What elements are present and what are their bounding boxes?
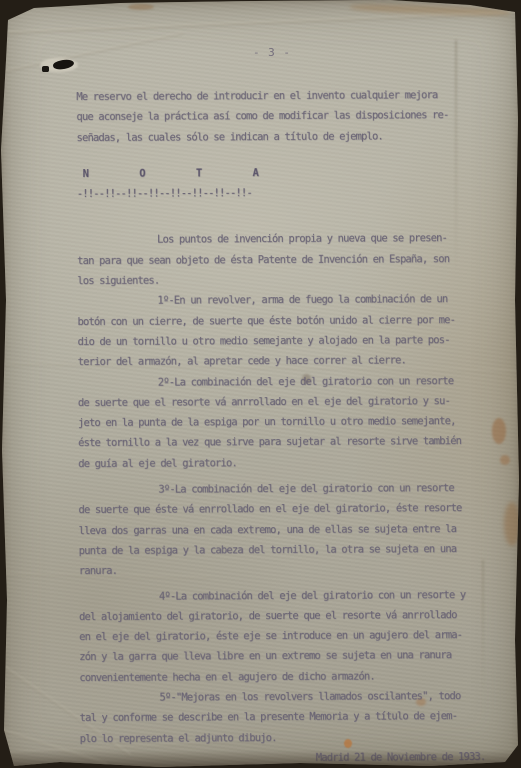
body-line: convenientemente hecha en el agujero de … [79,666,481,688]
body-line: ranura. [79,559,481,581]
stain [504,502,520,546]
paper-edge-shadow [0,750,521,768]
body-line: lleva dos garras una en cada extremo, un… [78,519,480,541]
body-line: tal y conforme se describe en la present… [79,706,481,728]
crease [482,560,484,690]
body-line: plo lo representa el adjunto dibujo. [80,727,482,749]
stain [500,455,510,465]
stain [492,418,506,444]
intro-line: señadas, las cuales sólo se indican a tí… [76,126,478,148]
body-line: 1º-En un revolver, arma de fuego la comb… [77,289,479,311]
typewritten-body: Me reservo el derecho de introducir en e… [76,85,482,768]
body-line: del alojamiento del giratorio, de suerte… [79,605,481,627]
body-line: dio de un tornillo u otro medio semejant… [77,330,479,352]
body-line: en el eje del giratorio, éste eje se int… [79,625,481,647]
body-line: de suerte que el resorte vá anrrollado e… [78,391,480,413]
paper-sheet: - 3 - Me reservo el derecho de introduci… [0,0,521,768]
stain [128,4,154,10]
body-line: zón y la garra que lleva libre en un ext… [79,645,481,667]
body-line: jeto en la punta de la espiga por un tor… [78,411,480,433]
ink-blot-speck [42,66,49,72]
body-line: botón con un cierre, de suerte que éste … [77,310,479,332]
body-line: Los puntos de invención propia y nueva q… [77,228,479,250]
body-line: terior del armazón, al apretar cede y ha… [78,350,480,372]
body-line: de suerte que éste vá enrrollado en el e… [78,498,480,520]
body-line: punta de la espiga y la cabeza del torni… [79,539,481,561]
body-line: de guía al eje del giratorio. [78,452,480,474]
body-line: éste tornillo a la vez que sirve para su… [78,431,480,453]
page-number: - 3 - [0,46,521,59]
body-line: tan para que sean objeto de ésta Patente… [77,249,479,271]
nota-rule: -!!--!!--!!--!!--!!--!!--!!--!!- [77,182,479,204]
body-line: 5º-"Mejoras en los revolvers llamados os… [79,686,481,708]
scanned-document: - 3 - Me reservo el derecho de introduci… [0,0,521,768]
intro-line: que aconseje la práctica así como de mod… [76,105,478,127]
intro-line: Me reservo el derecho de introducir en e… [76,85,478,107]
body-line: 2º-La combinación del eje del giratorio … [78,371,480,393]
body-line: los siguientes. [77,269,479,291]
body-line: 3º-La combinación del eje del giratorio … [78,478,480,500]
nota-heading: N O T A [77,162,479,184]
body-line: 4º-La combinación del eje del giratorio … [79,584,481,606]
